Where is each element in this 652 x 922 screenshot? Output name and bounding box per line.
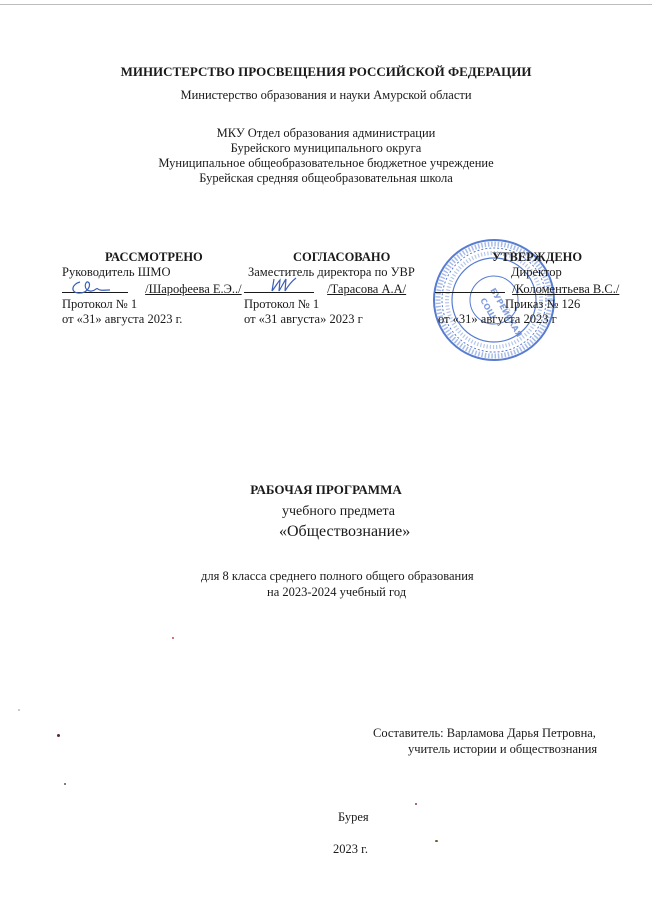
reviewed-date: от «31» августа 2023 г.: [62, 312, 182, 327]
org-line-4: Бурейская средняя общеобразовательная шк…: [0, 171, 652, 186]
program-year: на 2023-2024 учебный год: [267, 585, 406, 600]
signature-icon: [68, 278, 120, 296]
scan-speck: [172, 637, 174, 639]
approved-position: Директор: [511, 265, 562, 280]
agreed-date: от «31 августа» 2023 г: [244, 312, 363, 327]
program-subject: «Обществознание»: [279, 523, 410, 541]
program-subtitle: учебного предмета: [282, 504, 395, 520]
approved-date: от «31» августа 2023 г: [438, 312, 557, 327]
approved-name: /Коломентьева В.С./: [512, 282, 619, 296]
regional-ministry: Министерство образования и науки Амурско…: [0, 88, 652, 103]
org-line-1: МКУ Отдел образования администрации: [0, 126, 652, 141]
agreed-title: СОГЛАСОВАНО: [293, 250, 390, 265]
approved-title: УТВЕРЖДЕНО: [492, 250, 582, 265]
scan-speck: [57, 734, 60, 737]
agreed-protocol: Протокол № 1: [244, 297, 319, 312]
approved-signature-line: /Коломентьева В.С./: [435, 281, 619, 297]
program-title: РАБОЧАЯ ПРОГРАММА: [0, 482, 652, 498]
signature-blank: [435, 281, 505, 293]
reviewed-title: РАССМОТРЕНО: [105, 250, 203, 265]
org-line-2: Бурейского муниципального округа: [0, 141, 652, 156]
program-grade: для 8 класса среднего полного общего обр…: [201, 569, 474, 584]
author-name: Составитель: Варламова Дарья Петровна,: [373, 726, 596, 741]
signature-icon: [268, 276, 302, 294]
org-line-3: Муниципальное общеобразовательное бюджет…: [0, 156, 652, 171]
agreed-name: /Тарасова А.А/: [327, 282, 406, 296]
ministry-title: МИНИСТЕРСТВО ПРОСВЕЩЕНИЯ РОССИЙСКОЙ ФЕДЕ…: [0, 64, 652, 80]
scan-speck: [435, 840, 438, 842]
reviewed-name: /Шарофеева Е.Э../: [145, 282, 241, 296]
scan-edge-line: [0, 4, 652, 5]
footer-year: 2023 г.: [333, 842, 368, 857]
scan-speck: [64, 783, 66, 785]
author-position: учитель истории и обществознания: [408, 742, 597, 757]
approved-order: Приказ № 126: [505, 297, 580, 312]
scan-speck: [415, 803, 417, 805]
footer-city: Бурея: [338, 810, 369, 825]
scan-speck: [18, 709, 20, 711]
reviewed-protocol: Протокол № 1: [62, 297, 137, 312]
